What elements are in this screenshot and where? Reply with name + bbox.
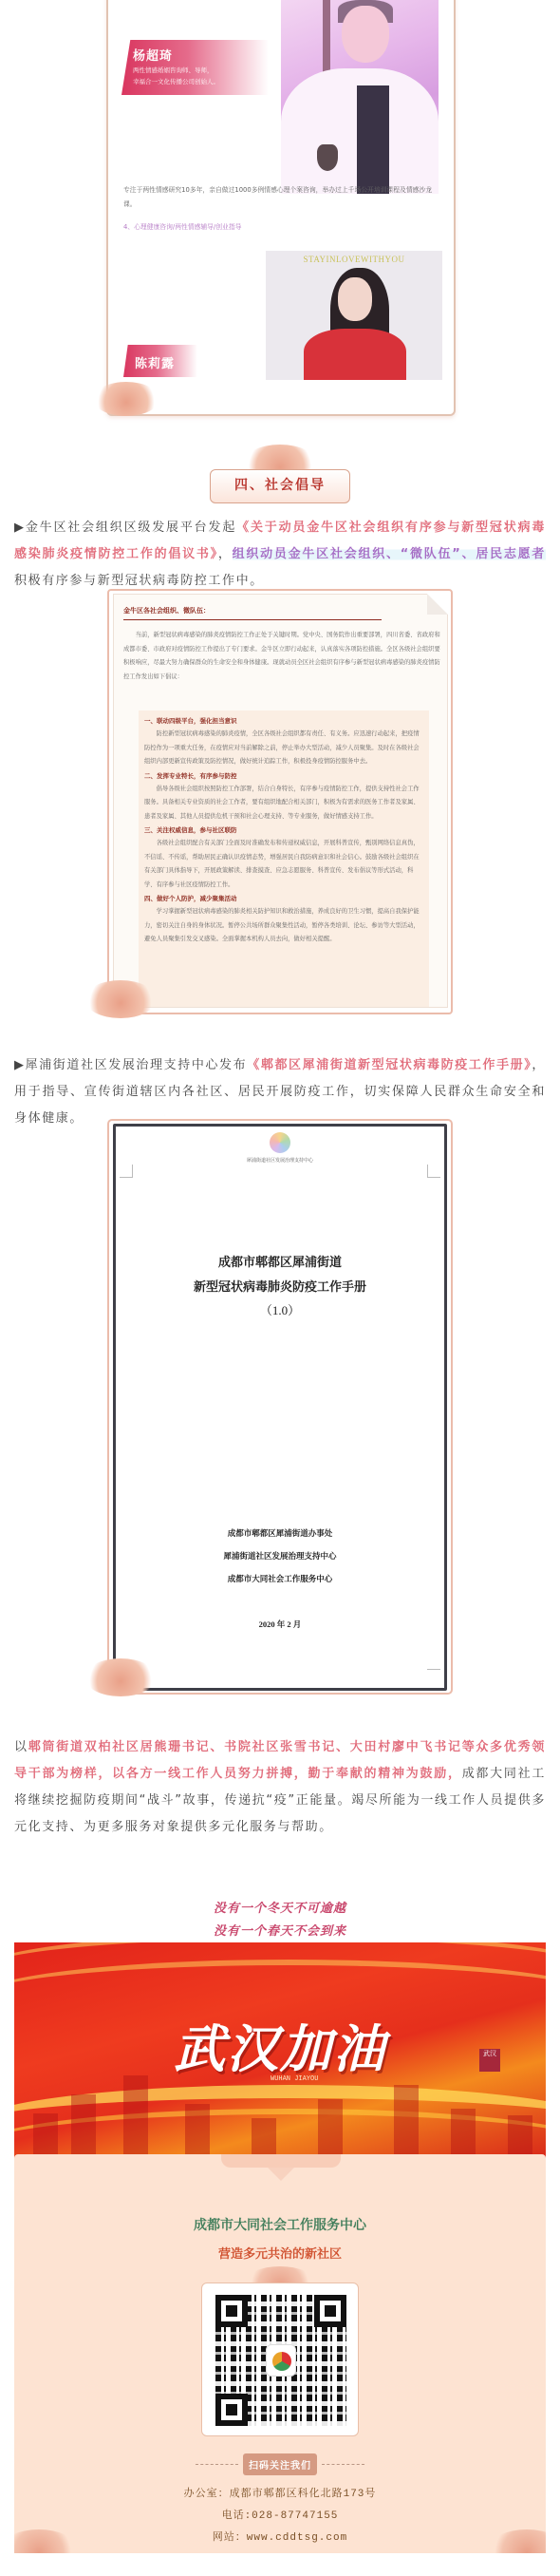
office-address: 办公室：成都市郫都区科化北路173号 (14, 2485, 546, 2500)
letter-paper: 金牛区各社会组织、微队伍： 当前，新型冠状病毒感染的肺炎疫情防控工作正处于关键时… (113, 594, 448, 1008)
crop-mark-icon (427, 1669, 440, 1682)
photo-face (338, 277, 372, 321)
org-logo-icon (270, 1132, 290, 1153)
advocacy-paragraph-jinniu: ▶金牛区社会组织区级发展平台发起《关于动员金牛区社会组织有序参与新型冠状病毒感染… (14, 515, 546, 595)
photo-badge (317, 144, 338, 171)
highlight-mobilize: 组织动员金牛区社会组织、“微队伍”、居民志愿者 (233, 547, 546, 561)
photo-shirt (357, 85, 389, 194)
expert-name-tag-chen: 陈莉露 (123, 345, 197, 377)
proposal-body: 各级社会组织配合有关部门全面及时准确发布和传递权威信息，开展科普宣传，甄别网络信… (144, 837, 423, 892)
manual-org-1: 成都市郫都区犀浦街道办事处 (116, 1527, 444, 1539)
manual-org-3: 成都市大同社会工作服务中心 (116, 1573, 444, 1584)
expert-profile-card: 杨超琦 两性情感婚姻咨询师、导师， 幸福合一文化传播公司创始人。 专注于两性情感… (106, 0, 456, 416)
phone-number[interactable]: 电话:028-87747155 (14, 2507, 546, 2522)
manual-date: 2020 年 2 月 (116, 1619, 444, 1630)
expert-description: 专注于两性情感研究10多年，亲自做过1000多例情感心理个案咨询，举办过上千场公… (123, 183, 441, 212)
city-skyline (394, 2085, 419, 2161)
seal-stamp-icon: 武汉 (479, 2049, 500, 2072)
expert-title-line-2: 幸福合一文化传播公司创始人。 (133, 78, 269, 86)
proposal-body: 学习掌握新型冠状病毒感染的肺炎相关防护知识和救治措施，养成良好的卫生习惯，提高自… (144, 905, 423, 947)
paragraph-lead: ▶犀浦街道社区发展治理支持中心发布 (14, 1058, 247, 1072)
expert-name: 杨超琦 (133, 46, 269, 64)
proposal-body: 防控新型冠状病毒感染的肺炎疫情，全区各级社会组织都有责任、有义务。应迅速行动起来… (144, 728, 423, 769)
city-skyline (185, 2104, 210, 2161)
footer-org-name: 成都市大同社会工作服务中心 (14, 2215, 546, 2234)
cloud-decoration-icon (93, 382, 159, 416)
paragraph-lead: 以 (14, 1740, 28, 1754)
proposal-body: 倡导各级社会组织按照防控工作部署，结合自身特长，有序参与疫情防控工作，提供支持性… (144, 783, 423, 824)
divider (322, 2464, 364, 2465)
footer-tagline: 营造多元共治的新社区 (14, 2244, 546, 2262)
crop-mark-icon (427, 1165, 440, 1178)
photo-background-frame (323, 0, 330, 76)
scan-follow-row: 扫码关注我们 (14, 2453, 546, 2475)
crop-mark-icon (120, 1165, 133, 1178)
manual-cover-image: 犀浦街道社区发展治理支持中心 成都市郫都区犀浦街道 新型冠状病毒肺炎防疫工作手册… (107, 1119, 453, 1695)
expert-photo-chen: STAYINLOVEWITHYOU (266, 251, 442, 380)
cloud-decoration-icon (84, 1658, 157, 1696)
expert-photo-yang (281, 0, 439, 194)
separator: ， (218, 547, 233, 561)
paragraph-tail: 积极有序参与新型冠状病毒防控工作中。 (14, 574, 264, 588)
photo-face (342, 6, 389, 63)
qr-code-card[interactable] (201, 2282, 359, 2436)
qr-finder-icon (215, 2394, 248, 2426)
photo-watermark: STAYINLOVEWITHYOU (266, 255, 442, 264)
footer-top-tab (221, 2154, 341, 2168)
letter-proposals: 一、联动四级平台，强化担当意识 防控新型冠状病毒感染的肺炎疫情，全区各级社会组织… (139, 710, 429, 1007)
closing-paragraph: 以郫筒街道双柏社区居熊珊书记、书院社区张雪书记、大田村廖中飞书记等众多优秀领导干… (14, 1734, 546, 1841)
qr-finder-icon (314, 2295, 346, 2327)
city-skyline (451, 2109, 476, 2161)
manual-title-line-2: 新型冠状病毒肺炎防疫工作手册 (116, 1277, 444, 1295)
footer-contact-card: 成都市大同社会工作服务中心 营造多元共治的新社区 扫码关注我们 办公室：成都市郫… (14, 2154, 546, 2553)
manual-page: 犀浦街道社区发展治理支持中心 成都市郫都区犀浦街道 新型冠状病毒肺炎防疫工作手册… (113, 1124, 447, 1691)
slogan-line-1: 没有一个冬天不可逾越 (0, 1898, 560, 1916)
manual-title-line-1: 成都市郫都区犀浦街道 (116, 1252, 444, 1270)
org-logo-icon (266, 2344, 296, 2377)
slogan-line-2: 没有一个春天不会到来 (0, 1921, 560, 1939)
proposal-letter-image: 金牛区各社会组织、微队伍： 当前，新型冠状病毒感染的肺炎疫情防控工作正处于关键时… (107, 589, 453, 1014)
scan-follow-label: 扫码关注我们 (243, 2453, 317, 2475)
section-heading: 四、社会倡导 (210, 469, 350, 503)
proposal-heading: 二、发挥专业特长，有序参与防控 (144, 769, 423, 783)
letter-salutation: 金牛区各社会组织、微队伍： (123, 606, 210, 616)
cloud-decoration-icon (84, 980, 157, 1018)
manual-title-link[interactable]: 《郫都区犀浦街道新型冠状病毒防疫工作手册》 (247, 1058, 532, 1072)
banner-title: 武汉加油 (14, 2009, 546, 2082)
divider (196, 2464, 238, 2465)
city-skyline (71, 2094, 96, 2161)
proposal-heading: 三、关注权威信息，参与社区联防 (144, 824, 423, 837)
manual-org-2: 犀浦街道社区发展治理支持中心 (116, 1550, 444, 1562)
proposal-heading: 一、联动四级平台，强化担当意识 (144, 714, 423, 728)
city-skyline (123, 2075, 148, 2161)
manual-header-org: 犀浦街道社区发展治理支持中心 (116, 1157, 444, 1164)
wuhan-jiayou-banner: 武汉加油 WUHAN JIAYOU 武汉 (14, 1942, 546, 2161)
expert-title-line-1: 两性情感婚姻咨询师、导师， (133, 66, 269, 75)
banner-subtitle: WUHAN JIAYOU (271, 2075, 318, 2083)
qr-finder-icon (215, 2295, 248, 2327)
page-fold-icon (427, 594, 448, 615)
manual-version: （1.0） (116, 1300, 444, 1318)
expert-name: 陈莉露 (135, 353, 197, 371)
website-link[interactable]: 网站：www.cddtsg.com (14, 2529, 546, 2544)
photo-red-coat (304, 329, 406, 380)
footer-pointer-icon (268, 2168, 294, 2181)
city-skyline (318, 2099, 343, 2161)
letter-intro: 当前，新型冠状病毒感染的肺炎疫情防控工作正处于关键时期。党中央、国务院作出重要部… (123, 629, 442, 684)
expert-services: 4、心理健康咨询/两性情感辅导/创业指导 (123, 221, 241, 231)
paragraph-lead: ▶金牛区社会组织区级发展平台发起 (14, 521, 236, 535)
expert-name-tag-yang: 杨超琦 两性情感婚姻咨询师、导师， 幸福合一文化传播公司创始人。 (121, 40, 269, 95)
divider (123, 619, 382, 620)
proposal-heading: 四、做好个人防护，减少聚集活动 (144, 892, 423, 905)
